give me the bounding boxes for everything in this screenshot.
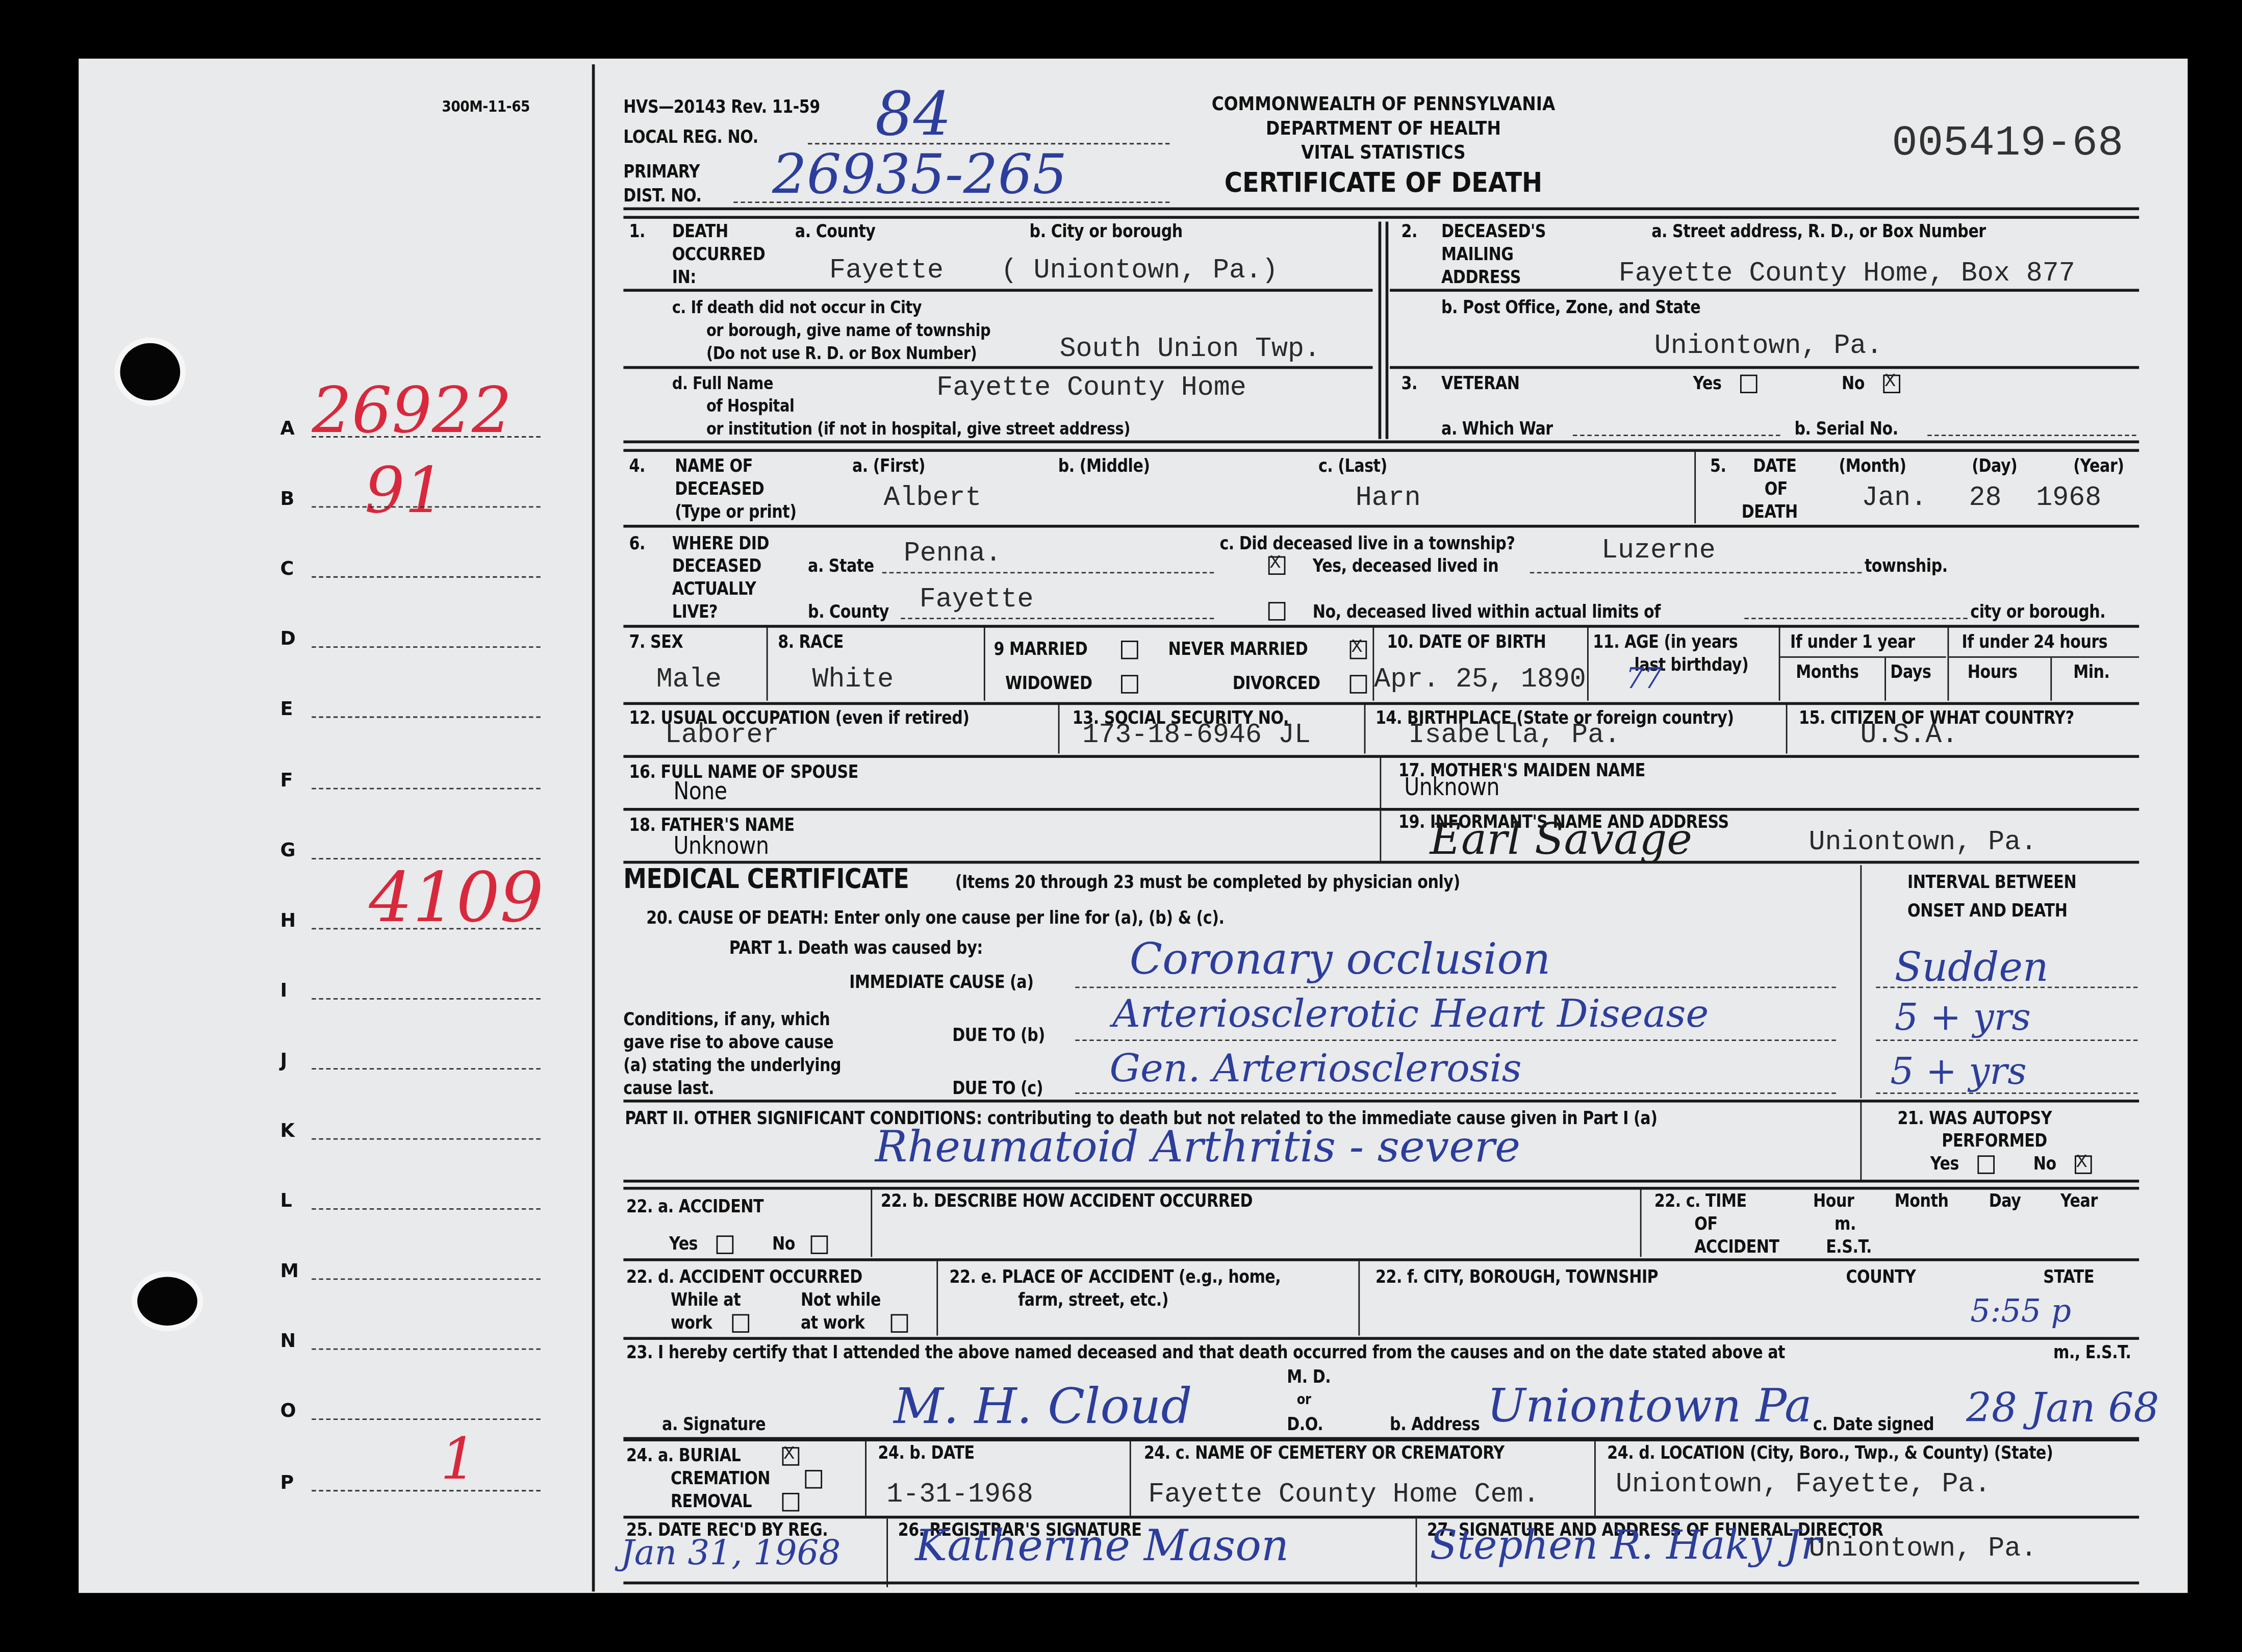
mother-name-field[interactable]: Unknown bbox=[1404, 776, 1499, 799]
punch-hole-top bbox=[120, 343, 181, 400]
citizenship-field[interactable]: U.S.A. bbox=[1860, 719, 1958, 751]
form-id: HVS—20143 Rev. 11-59 bbox=[623, 96, 820, 119]
rule bbox=[623, 366, 1372, 369]
which-war-label: a. Which War bbox=[1441, 418, 1553, 441]
residence-state-field[interactable]: Penna. bbox=[904, 538, 1002, 569]
residence-county-field[interactable]: Fayette bbox=[920, 583, 1034, 615]
margin-line-m[interactable] bbox=[312, 1279, 541, 1280]
place-of-accident-label: 22. e. PLACE OF ACCIDENT (e.g., home, bbox=[950, 1265, 1281, 1288]
township-yes-text: Yes, deceased lived in bbox=[1313, 555, 1498, 578]
burial-location-label: 24. d. LOCATION (City, Boro., Twp., & Co… bbox=[1607, 1441, 2053, 1464]
post-office-label: b. Post Office, Zone, and State bbox=[1441, 296, 1700, 319]
margin-value-b: 91 bbox=[365, 455, 445, 528]
margin-line-o[interactable] bbox=[312, 1419, 541, 1420]
rule bbox=[1780, 656, 1946, 658]
county-label: a. County bbox=[795, 220, 876, 243]
margin-line-p[interactable] bbox=[312, 1489, 541, 1491]
while-at-work-checkbox[interactable] bbox=[732, 1314, 749, 1333]
rule bbox=[1949, 656, 2139, 658]
accident-est-label: E.S.T. bbox=[1826, 1235, 1872, 1258]
married-checkbox[interactable] bbox=[1121, 641, 1138, 659]
item2-num: 2. bbox=[1402, 220, 1417, 243]
hospital-label: d. Full Name bbox=[672, 372, 773, 395]
autopsy-label: 21. WAS AUTOPSY bbox=[1897, 1107, 2052, 1130]
accident-city-label: 22. f. CITY, BOROUGH, TOWNSHIP bbox=[1375, 1265, 1658, 1288]
margin-letter-e: E bbox=[281, 700, 293, 721]
death-month-field[interactable]: Jan. bbox=[1862, 482, 1927, 514]
col-divider bbox=[1386, 222, 1389, 439]
accident-state-label: STATE bbox=[2043, 1265, 2094, 1288]
time-suffix: m., E.S.T. bbox=[2053, 1341, 2131, 1364]
margin-letter-k: K bbox=[281, 1121, 295, 1142]
col-divider bbox=[1358, 1261, 1360, 1336]
death-county-field[interactable]: Fayette bbox=[829, 255, 944, 286]
margin-letter-o: O bbox=[281, 1402, 296, 1424]
margin-letter-g: G bbox=[281, 840, 296, 861]
item6-label: LIVE? bbox=[672, 601, 718, 624]
autopsy-no-label: No bbox=[2033, 1153, 2056, 1176]
registrar-signature[interactable]: Katherine Mason bbox=[915, 1521, 1289, 1571]
time-of-death-field[interactable]: 5:55 p bbox=[1970, 1294, 2071, 1330]
margin-letter-c: C bbox=[281, 560, 294, 581]
item5-num: 5. bbox=[1710, 455, 1726, 478]
not-while-at-work-label: at work bbox=[801, 1311, 864, 1334]
rule bbox=[623, 216, 2139, 219]
margin-divider bbox=[592, 64, 595, 1591]
col-divider bbox=[1594, 1441, 1596, 1516]
margin-letter-f: F bbox=[281, 770, 293, 792]
rule bbox=[623, 625, 2139, 628]
signature-label: a. Signature bbox=[662, 1413, 766, 1436]
due-to-c-label: DUE TO (c) bbox=[952, 1077, 1043, 1100]
describe-accident-label: 22. b. DESCRIBE HOW ACCIDENT OCCURRED bbox=[881, 1190, 1253, 1213]
serial-label: b. Serial No. bbox=[1795, 418, 1898, 441]
margin-value-h: 4109 bbox=[369, 858, 543, 938]
autopsy-label: PERFORMED bbox=[1942, 1130, 2047, 1153]
or-label: or bbox=[1297, 1390, 1311, 1413]
township-label: c. If death did not occur in City bbox=[672, 296, 922, 319]
do-label: D.O. bbox=[1287, 1413, 1323, 1436]
medical-subtitle: (Items 20 through 23 must be completed b… bbox=[955, 871, 1460, 894]
side-form-code: 300M-11-65 bbox=[442, 96, 530, 119]
last-name-label: c. (Last) bbox=[1318, 455, 1387, 478]
item4-num: 4. bbox=[629, 455, 645, 478]
margin-line-i[interactable] bbox=[312, 998, 541, 999]
accident-day-label: Day bbox=[1989, 1190, 2021, 1213]
autopsy-yes-label: Yes bbox=[1930, 1153, 1959, 1176]
date-received-field[interactable]: Jan 31, 1968 bbox=[621, 1533, 840, 1573]
accident-yes-checkbox[interactable] bbox=[717, 1235, 734, 1254]
item6-label: DECEASED bbox=[672, 555, 761, 578]
margin-line-b[interactable] bbox=[312, 506, 541, 508]
cause-b-line bbox=[1075, 1039, 1836, 1041]
divorced-label: DIVORCED bbox=[1233, 672, 1320, 695]
interval-c-field[interactable]: 5 + yrs bbox=[1890, 1051, 2026, 1094]
cause-c-line bbox=[1075, 1092, 1836, 1094]
item6-num: 6. bbox=[629, 532, 645, 555]
informant-signature[interactable]: Earl Savage bbox=[1430, 815, 1692, 865]
race-label: 8. RACE bbox=[778, 630, 844, 653]
cause-of-death-label: 20. CAUSE OF DEATH: Enter only one cause… bbox=[646, 906, 1224, 929]
col-divider bbox=[865, 1441, 867, 1516]
accident-m-label: m. bbox=[1835, 1212, 1856, 1235]
cause-c-field[interactable]: Gen. Arteriosclerosis bbox=[1110, 1047, 1522, 1091]
margin-letter-p: P bbox=[281, 1472, 294, 1493]
burial-checkbox[interactable] bbox=[782, 1447, 800, 1465]
hospital-label: of Hospital bbox=[706, 395, 794, 418]
margin-letter-a: A bbox=[281, 419, 295, 440]
rule bbox=[623, 1437, 2139, 1441]
rule bbox=[623, 1582, 2139, 1585]
rule bbox=[623, 449, 2139, 452]
time-accident-label: ACCIDENT bbox=[1694, 1235, 1779, 1258]
md-label: M. D. bbox=[1287, 1365, 1331, 1388]
rule bbox=[623, 1337, 2139, 1340]
col-divider bbox=[936, 1261, 938, 1336]
mailing-street-field[interactable]: Fayette County Home, Box 877 bbox=[1619, 258, 2075, 289]
under-1-year-label: If under 1 year bbox=[1790, 630, 1915, 653]
never-married-checkbox[interactable] bbox=[1350, 641, 1367, 659]
accident-year-label: Year bbox=[2060, 1190, 2098, 1213]
veteran-yes-checkbox[interactable] bbox=[1740, 375, 1757, 393]
primary-label: PRIMARY bbox=[623, 160, 700, 183]
not-while-at-work-checkbox[interactable] bbox=[891, 1314, 908, 1333]
item5-label: OF bbox=[1765, 477, 1788, 500]
month-label: (Month) bbox=[1839, 455, 1906, 478]
cause-b-field[interactable]: Arteriosclerotic Heart Disease bbox=[1112, 993, 1709, 1037]
item4-label: (Type or print) bbox=[675, 500, 796, 523]
time-accident-label: OF bbox=[1694, 1212, 1717, 1235]
col-divider bbox=[1058, 703, 1060, 753]
margin-letter-j: J bbox=[281, 1051, 288, 1072]
divorced-checkbox[interactable] bbox=[1350, 675, 1367, 693]
county-line bbox=[901, 618, 1214, 619]
interval-b-field[interactable]: 5 + yrs bbox=[1895, 997, 2031, 1039]
time-accident-label: 22. c. TIME bbox=[1654, 1190, 1747, 1213]
rule bbox=[623, 289, 1372, 292]
veteran-label: VETERAN bbox=[1441, 372, 1519, 395]
margin-line-j[interactable] bbox=[312, 1068, 541, 1070]
day-label: (Day) bbox=[1972, 455, 2017, 478]
place-of-accident-label: farm, street, etc.) bbox=[1018, 1288, 1168, 1311]
hospital-field[interactable]: Fayette County Home bbox=[936, 372, 1246, 403]
spouse-field[interactable]: None bbox=[673, 781, 727, 804]
autopsy-yes-checkbox[interactable] bbox=[1977, 1155, 1995, 1174]
certify-text: 23. I hereby certify that I attended the… bbox=[626, 1341, 1785, 1364]
township-label: or borough, give name of township bbox=[706, 319, 990, 342]
primary-value: 26935-265 bbox=[772, 143, 1067, 206]
certificate-number: 005419-68 bbox=[1892, 120, 2123, 169]
cause-a-field[interactable]: Coronary occlusion bbox=[1130, 935, 1550, 985]
while-at-work-label: work bbox=[671, 1311, 712, 1334]
col-divider bbox=[1860, 865, 1862, 1098]
residence-county-label: b. County bbox=[808, 601, 889, 624]
item1-label: OCCURRED bbox=[672, 243, 766, 266]
veteran-no-checkbox[interactable] bbox=[1883, 375, 1900, 393]
col-divider bbox=[984, 626, 985, 701]
married-label: 9 MARRIED bbox=[994, 638, 1088, 660]
age-label: 11. AGE (in years bbox=[1593, 630, 1738, 653]
while-at-work-label: While at bbox=[671, 1288, 741, 1311]
rule bbox=[623, 1100, 2139, 1103]
col-divider bbox=[886, 1518, 888, 1587]
margin-line-d[interactable] bbox=[312, 647, 541, 648]
rule bbox=[1390, 289, 2139, 292]
item2-label: DECEASED'S bbox=[1441, 220, 1546, 243]
autopsy-no-checkbox[interactable] bbox=[2075, 1155, 2092, 1174]
item6-label: ACTUALLY bbox=[672, 578, 756, 601]
margin-line-l[interactable] bbox=[312, 1208, 541, 1210]
due-to-b-label: DUE TO (b) bbox=[952, 1024, 1045, 1047]
funeral-director-signature[interactable]: Stephen R. Haky Jr bbox=[1430, 1521, 1820, 1569]
street-label: a. Street address, R. D., or Box Number bbox=[1651, 220, 1986, 243]
burial-label: 24. a. BURIAL bbox=[626, 1444, 741, 1467]
margin-letter-l: L bbox=[281, 1191, 292, 1213]
rule bbox=[1390, 366, 2139, 369]
margin-line-a[interactable] bbox=[312, 436, 541, 438]
margin-line-f[interactable] bbox=[312, 787, 541, 789]
margin-letter-h: H bbox=[281, 910, 296, 932]
min-label: Min. bbox=[2073, 660, 2109, 683]
margin-line-h[interactable] bbox=[312, 928, 541, 929]
death-year-field[interactable]: 1968 bbox=[2036, 482, 2101, 514]
never-married-label: NEVER MARRIED bbox=[1168, 638, 1308, 660]
accident-county-label: COUNTY bbox=[1846, 1265, 1916, 1288]
hours-label: Hours bbox=[1968, 660, 2018, 683]
accident-hour-label: Hour bbox=[1813, 1190, 1854, 1213]
death-city-field[interactable]: ( Uniontown, Pa.) bbox=[1001, 255, 1278, 286]
item2-label: ADDRESS bbox=[1441, 266, 1521, 289]
accident-occurred-label: 22. d. ACCIDENT OCCURRED bbox=[626, 1265, 862, 1288]
item3-num: 3. bbox=[1402, 372, 1417, 395]
first-name-label: a. (First) bbox=[852, 455, 925, 478]
race-field[interactable]: White bbox=[812, 664, 894, 695]
age-field[interactable]: 77 bbox=[1626, 660, 1662, 695]
col-divider bbox=[1694, 452, 1696, 523]
immediate-cause-label: IMMEDIATE CAUSE (a) bbox=[849, 971, 1033, 994]
war-line bbox=[1573, 435, 1780, 436]
margin-line-c[interactable] bbox=[312, 576, 541, 578]
removal-label: REMOVAL bbox=[671, 1490, 752, 1513]
col-divider bbox=[1380, 758, 1381, 808]
item6-label: WHERE DID bbox=[672, 532, 769, 555]
dist-no-label: DIST. NO. bbox=[623, 185, 701, 208]
rule bbox=[623, 441, 2139, 444]
year-label: (Year) bbox=[2073, 455, 2124, 478]
margin-letter-m: M bbox=[281, 1261, 299, 1283]
item4-label: NAME OF bbox=[675, 455, 752, 478]
item1-num: 1. bbox=[629, 220, 645, 243]
interval-label: INTERVAL BETWEEN bbox=[1907, 871, 2076, 894]
township-yes-checkbox[interactable] bbox=[1268, 556, 1286, 575]
margin-letter-n: N bbox=[281, 1332, 296, 1353]
widowed-checkbox[interactable] bbox=[1121, 675, 1138, 693]
local-reg-label: LOCAL REG. NO. bbox=[623, 126, 758, 149]
serial-line bbox=[1927, 435, 2136, 436]
months-label: Months bbox=[1796, 660, 1858, 683]
date-signed-label: c. Date signed bbox=[1813, 1413, 1934, 1436]
cemetery-label: 24. c. NAME OF CEMETERY OR CREMATORY bbox=[1144, 1441, 1505, 1464]
occupation-field[interactable]: Laborer bbox=[665, 719, 779, 751]
margin-value-p: 1 bbox=[441, 1427, 477, 1493]
township-no-text: No, deceased lived within actual limits … bbox=[1313, 601, 1661, 624]
accident-month-label: Month bbox=[1895, 1190, 1949, 1213]
rule bbox=[623, 1180, 2139, 1183]
cause-a-line bbox=[1075, 986, 1836, 988]
medical-certificate-title: MEDICAL CERTIFICATE bbox=[623, 863, 909, 895]
death-township-field[interactable]: South Union Twp. bbox=[1059, 333, 1320, 365]
margin-line-e[interactable] bbox=[312, 717, 541, 719]
sex-field[interactable]: Male bbox=[656, 664, 722, 695]
residence-state-label: a. State bbox=[808, 555, 874, 578]
widowed-label: WIDOWED bbox=[1005, 672, 1092, 695]
removal-checkbox[interactable] bbox=[782, 1493, 800, 1511]
last-name-field[interactable]: Harn bbox=[1356, 482, 1421, 514]
col-divider bbox=[1948, 626, 1949, 701]
burial-date-field[interactable]: 1-31-1968 bbox=[886, 1479, 1033, 1510]
city-line bbox=[1744, 618, 1967, 619]
accident-no-label: No bbox=[772, 1233, 795, 1256]
col-divider bbox=[1884, 658, 1886, 701]
birthplace-field[interactable]: Isabella, Pa. bbox=[1409, 719, 1621, 751]
township-line bbox=[1530, 572, 1862, 573]
interval-b-line bbox=[1876, 1039, 2137, 1041]
col-divider bbox=[1779, 626, 1780, 701]
cremation-label: CREMATION bbox=[671, 1467, 770, 1490]
physician-address-label: b. Address bbox=[1390, 1413, 1480, 1436]
township-question: c. Did deceased live in a township? bbox=[1219, 532, 1515, 555]
father-name-field[interactable]: Unknown bbox=[673, 835, 769, 858]
page-title: CERTIFICATE OF DEATH bbox=[1193, 167, 1573, 199]
col-divider bbox=[1860, 1101, 1862, 1180]
city-label: b. City or borough bbox=[1030, 220, 1183, 243]
residence-township-field[interactable]: Luzerne bbox=[1601, 535, 1716, 567]
city-suffix: city or borough. bbox=[1970, 601, 2105, 624]
veteran-no-label: No bbox=[1842, 372, 1865, 395]
margin-letter-b: B bbox=[281, 489, 295, 511]
header-department: DEPARTMENT OF HEALTH bbox=[1193, 119, 1573, 140]
margin-line-g[interactable] bbox=[312, 857, 541, 859]
conditions-label: Conditions, if any, which bbox=[623, 1008, 830, 1031]
conditions-label: gave rise to above cause bbox=[623, 1031, 833, 1054]
col-divider bbox=[1786, 703, 1788, 753]
margin-line-k[interactable] bbox=[312, 1138, 541, 1140]
col-divider bbox=[1416, 1518, 1417, 1587]
accident-no-checkbox[interactable] bbox=[811, 1235, 828, 1254]
state-line bbox=[882, 572, 1214, 573]
conditions-label: (a) stating the underlying bbox=[623, 1054, 841, 1077]
township-suffix: township. bbox=[1865, 555, 1948, 578]
veteran-yes-label: Yes bbox=[1693, 372, 1721, 395]
part1-label: PART 1. Death was caused by: bbox=[729, 936, 983, 959]
margin-letter-d: D bbox=[281, 629, 296, 651]
col-divider bbox=[2050, 658, 2052, 701]
physician-signature[interactable]: M. H. Cloud bbox=[894, 1379, 1192, 1436]
col-divider bbox=[1130, 1441, 1131, 1516]
conditions-label: cause last. bbox=[623, 1077, 714, 1100]
sex-label: 7. SEX bbox=[629, 630, 683, 653]
rule bbox=[623, 208, 2139, 211]
burial-location-field[interactable]: Uniontown, Fayette, Pa. bbox=[1616, 1468, 1991, 1500]
date-signed-field[interactable]: 28 Jan 68 bbox=[1966, 1384, 2159, 1432]
margin-letter-i: I bbox=[281, 981, 288, 1002]
interval-a-field[interactable]: Sudden bbox=[1895, 944, 2049, 991]
local-reg-value: 84 bbox=[875, 79, 952, 148]
col-divider bbox=[1379, 222, 1382, 439]
interval-label: ONSET AND DEATH bbox=[1907, 899, 2067, 922]
header-commonwealth: COMMONWEALTH OF PENNSYLVANIA bbox=[1193, 94, 1573, 116]
col-divider bbox=[1380, 811, 1381, 861]
item1-label: DEATH bbox=[672, 220, 728, 243]
rule bbox=[623, 1516, 2139, 1519]
funeral-director-address-field[interactable]: Uniontown, Pa. bbox=[1809, 1533, 2037, 1564]
item1-label: IN: bbox=[672, 266, 696, 289]
middle-name-label: b. (Middle) bbox=[1058, 455, 1150, 478]
hospital-label: or institution (if not in hospital, give… bbox=[706, 418, 1130, 441]
spouse-label: 16. FULL NAME OF SPOUSE bbox=[629, 761, 858, 784]
physician-address-field[interactable]: Uniontown Pa bbox=[1487, 1379, 1812, 1433]
item4-label: DECEASED bbox=[675, 477, 764, 500]
birth-date-field[interactable]: Apr. 25, 1890 bbox=[1374, 664, 1586, 695]
col-divider bbox=[1587, 626, 1589, 701]
col-divider bbox=[1364, 703, 1366, 753]
township-no-checkbox[interactable] bbox=[1268, 602, 1286, 620]
first-name-field[interactable]: Albert bbox=[884, 482, 982, 514]
accident-label: 22. a. ACCIDENT bbox=[626, 1196, 763, 1218]
accident-yes-label: Yes bbox=[669, 1233, 698, 1256]
header-vital-statistics: VITAL STATISTICS bbox=[1193, 143, 1573, 164]
item2-label: MAILING bbox=[1441, 243, 1514, 266]
township-label: (Do not use R. D. or Box Number) bbox=[706, 342, 977, 365]
col-divider bbox=[871, 1188, 872, 1257]
not-while-at-work-label: Not while bbox=[801, 1288, 881, 1311]
under-24-hours-label: If under 24 hours bbox=[1962, 630, 2108, 653]
cemetery-field[interactable]: Fayette County Home Cem. bbox=[1148, 1479, 1539, 1510]
informant-address-field[interactable]: Uniontown, Pa. bbox=[1809, 826, 2037, 858]
burial-date-label: 24. b. DATE bbox=[878, 1441, 974, 1464]
days-label: Days bbox=[1890, 660, 1931, 683]
cremation-checkbox[interactable] bbox=[805, 1470, 822, 1488]
birth-date-label: 10. DATE OF BIRTH bbox=[1387, 630, 1546, 653]
rule bbox=[623, 525, 2139, 528]
item5-label: DATE bbox=[1753, 455, 1796, 478]
rule bbox=[623, 1258, 2139, 1261]
ssn-field[interactable]: 173-18-6946 JL bbox=[1082, 719, 1311, 751]
margin-line-n[interactable] bbox=[312, 1349, 541, 1351]
death-day-field[interactable]: 28 bbox=[1969, 482, 2002, 514]
col-divider bbox=[1640, 1188, 1642, 1257]
rule bbox=[623, 702, 2139, 705]
item5-label: DEATH bbox=[1742, 500, 1798, 523]
punch-hole-bottom bbox=[137, 1277, 197, 1326]
post-office-field[interactable]: Uniontown, Pa. bbox=[1654, 331, 1883, 362]
col-divider bbox=[767, 626, 768, 701]
part2-field[interactable]: Rheumatoid Arthritis - severe bbox=[875, 1123, 1520, 1173]
